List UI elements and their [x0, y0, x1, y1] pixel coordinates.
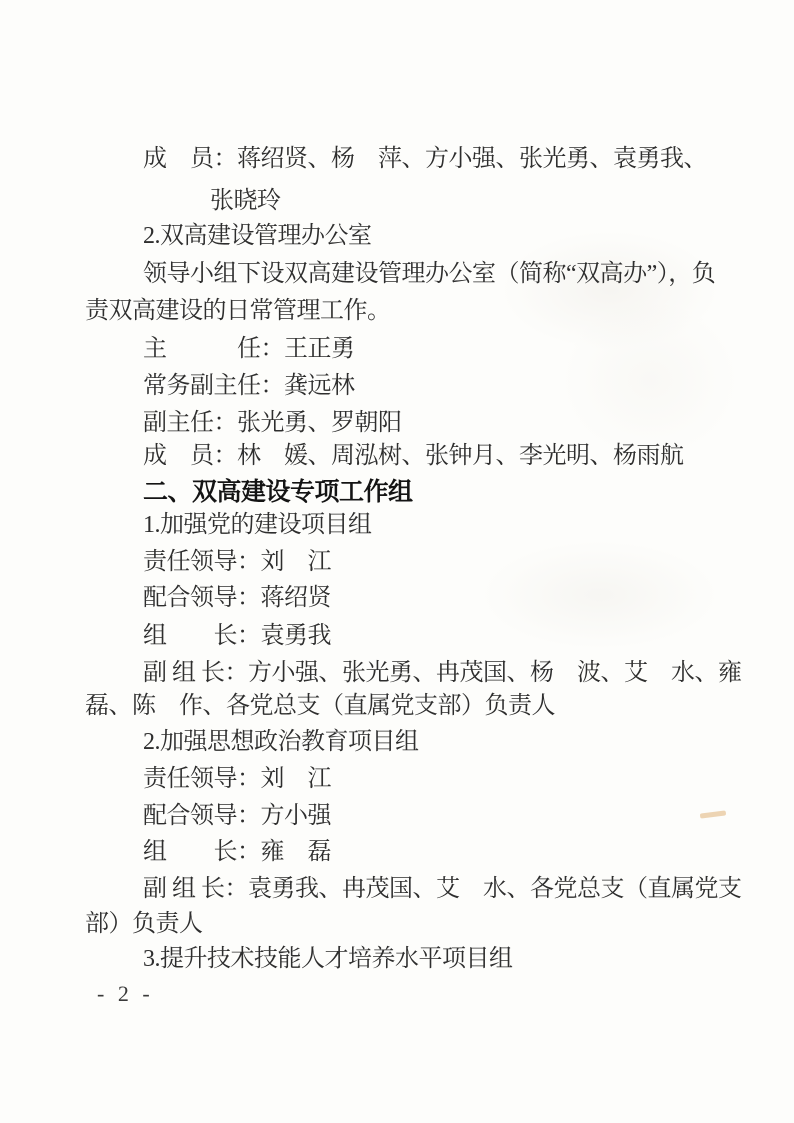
doc-line-group1-cooperating-leader: 配合领导：蒋绍贤 [143, 583, 331, 613]
doc-line-subsection-office-title: 2.双高建设管理办公室 [143, 221, 372, 251]
doc-line-project-group-2-title: 2.加强思想政治教育项目组 [143, 727, 419, 757]
doc-line-executive-deputy-director: 常务副主任：龚远林 [143, 371, 355, 401]
scan-smudge [500, 230, 720, 350]
document-page: 成 员：蒋绍贤、杨 萍、方小强、张光勇、袁勇我、 张晓玲 2.双高建设管理办公室… [0, 0, 794, 1123]
doc-line-office-paragraph-2: 责双高建设的日常管理工作。 [85, 296, 391, 326]
doc-line-group2-leader: 组 长：雍 磊 [143, 837, 331, 867]
page-number: - 2 - [97, 981, 154, 1007]
doc-line-project-group-1-title: 1.加强党的建设项目组 [143, 510, 372, 540]
scan-smudge [560, 300, 740, 460]
doc-line-deputy-directors: 副主任：张光勇、罗朝阳 [143, 408, 402, 438]
scan-streak-artifact [700, 810, 726, 818]
doc-line-director: 主 任：王正勇 [143, 334, 355, 364]
doc-line-office-paragraph-1: 领导小组下设双高建设管理办公室（简称“双高办”），负 [143, 259, 715, 289]
doc-line-group1-deputy-leaders-2: 磊、陈 作、各党总支（直属党支部）负责人 [85, 691, 555, 721]
doc-line-members-list: 成 员：蒋绍贤、杨 萍、方小强、张光勇、袁勇我、 [143, 144, 707, 174]
doc-line-group2-deputy-leaders-1: 副 组 长：袁勇我、冉茂国、艾 水、各党总支（直属党支 [143, 874, 742, 904]
doc-line-group2-cooperating-leader: 配合领导：方小强 [143, 801, 331, 831]
doc-line-members-list-continued: 张晓玲 [210, 186, 281, 216]
doc-line-group2-deputy-leaders-2: 部）负责人 [85, 909, 203, 939]
doc-line-group1-deputy-leaders-1: 副 组 长：方小强、张光勇、冉茂国、杨 波、艾 水、雍 [143, 658, 742, 688]
doc-heading-section-2: 二、双高建设专项工作组 [143, 477, 413, 507]
doc-line-office-members: 成 员：林 媛、周泓树、张钟月、李光明、杨雨航 [143, 441, 684, 471]
doc-line-group1-responsible-leader: 责任领导：刘 江 [143, 547, 331, 577]
doc-line-group2-responsible-leader: 责任领导：刘 江 [143, 764, 331, 794]
scan-smudge [480, 540, 720, 650]
doc-line-group1-leader: 组 长：袁勇我 [143, 621, 331, 651]
doc-line-project-group-3-title: 3.提升技术技能人才培养水平项目组 [143, 944, 513, 974]
